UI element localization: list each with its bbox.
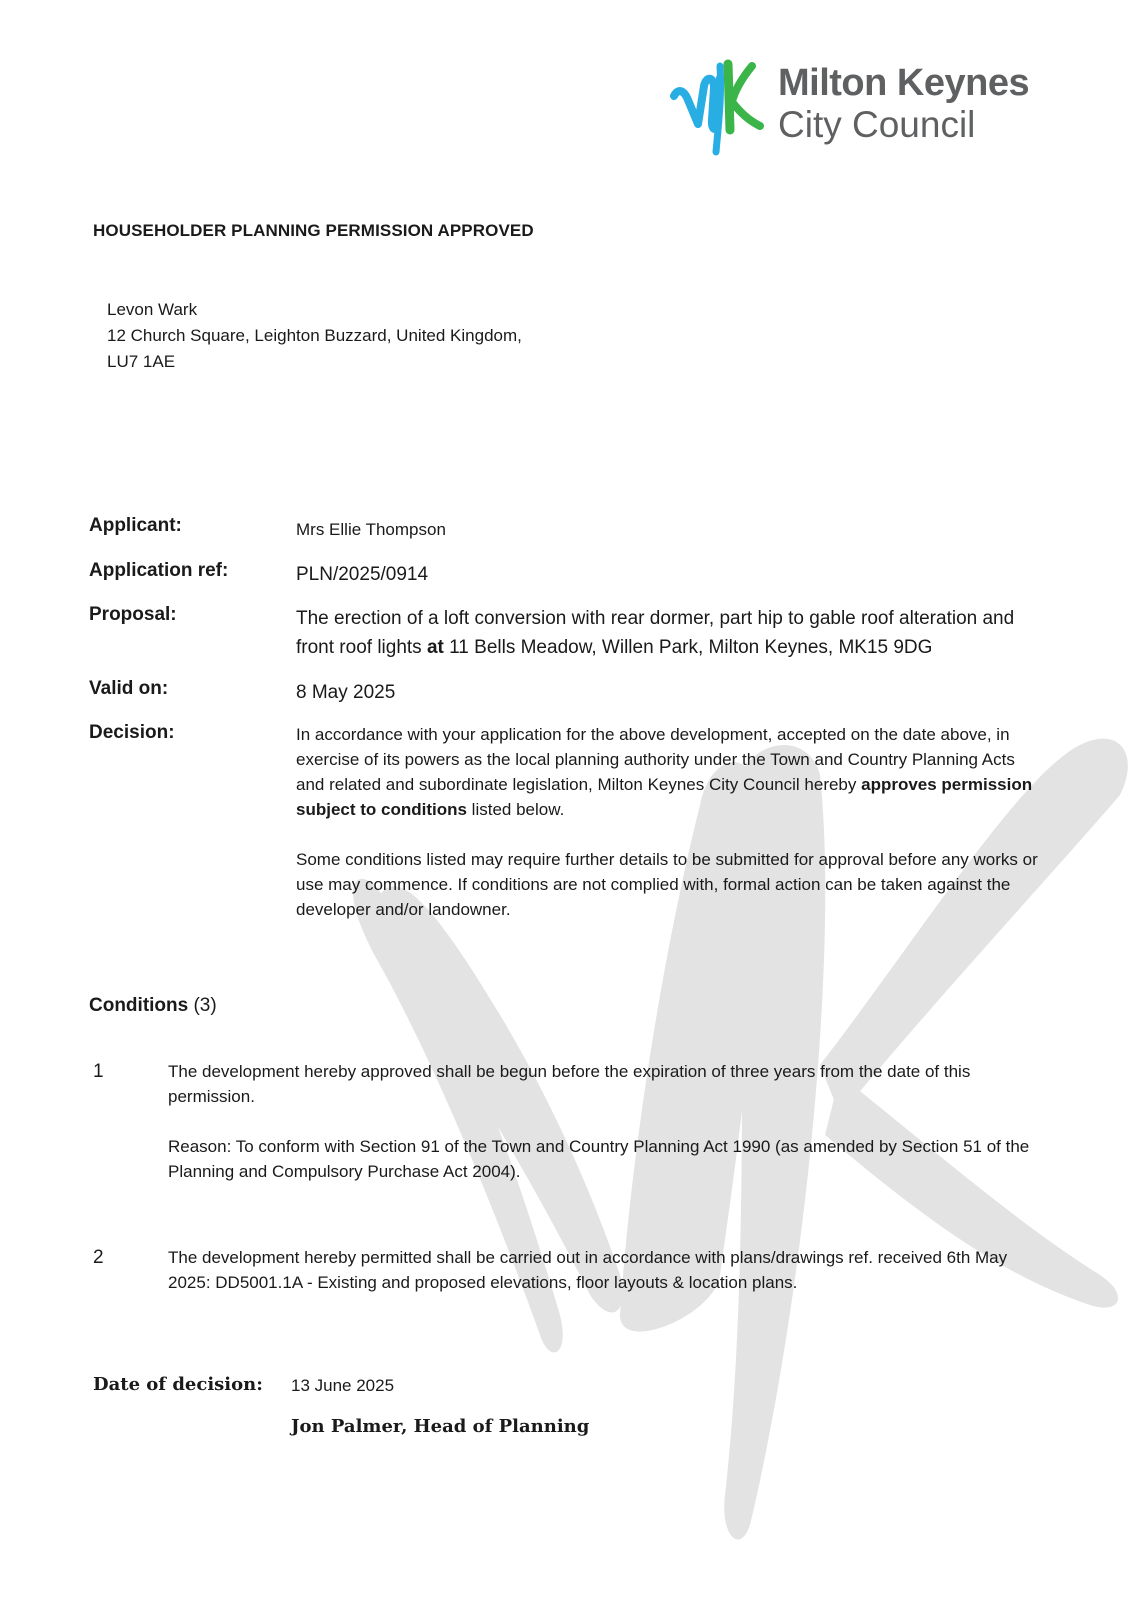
council-logo: Milton Keynes City Council (668, 58, 1058, 158)
condition-text: The development hereby approved shall be… (168, 1059, 1038, 1109)
document-title: HOUSEHOLDER PLANNING PERMISSION APPROVED (93, 221, 534, 241)
logo-text-secondary: City Council (778, 104, 975, 146)
recipient-name: Levon Wark (107, 297, 522, 323)
condition-body: The development hereby permitted shall b… (168, 1245, 1038, 1320)
conditions-heading-label: Conditions (89, 995, 188, 1016)
decision-paragraph-2: Some conditions listed may require furth… (296, 847, 1046, 922)
recipient-address-line: 12 Church Square, Leighton Buzzard, Unit… (107, 323, 522, 349)
application-ref-label: Application ref: (89, 560, 228, 582)
condition-reason: Reason: To conform with Section 91 of th… (168, 1134, 1038, 1184)
decision-value: In accordance with your application for … (296, 722, 1046, 947)
signatory: Jon Palmer, Head of Planning (291, 1416, 589, 1437)
decision-label: Decision: (89, 722, 175, 744)
applicant-value: Mrs Ellie Thompson (296, 517, 1046, 542)
decision-paragraph-1: In accordance with your application for … (296, 722, 1046, 822)
planning-decision-notice: Milton Keynes City Council HOUSEHOLDER P… (0, 0, 1132, 1600)
decision-date-value: 13 June 2025 (291, 1376, 394, 1396)
application-ref-value: PLN/2025/0914 (296, 560, 1046, 589)
proposal-label: Proposal: (89, 604, 177, 626)
conditions-count: (3) (193, 995, 216, 1016)
condition-number: 2 (93, 1245, 104, 1270)
valid-on-value: 8 May 2025 (296, 678, 1046, 707)
conditions-heading: Conditions (3) (89, 995, 217, 1017)
condition-text: The development hereby permitted shall b… (168, 1245, 1038, 1295)
decision-date-label: Date of decision: (93, 1374, 263, 1395)
valid-on-label: Valid on: (89, 678, 168, 700)
proposal-value: The erection of a loft conversion with r… (296, 604, 1046, 662)
recipient-postcode: LU7 1AE (107, 349, 522, 375)
mk-logo-icon (668, 58, 768, 158)
proposal-site-address: 11 Bells Meadow, Willen Park, Milton Key… (444, 637, 933, 658)
applicant-label: Applicant: (89, 515, 182, 537)
proposal-text-bold: at (427, 637, 444, 658)
condition-number: 1 (93, 1059, 104, 1084)
decision-text-end: listed below. (467, 800, 564, 819)
recipient-address: Levon Wark 12 Church Square, Leighton Bu… (107, 297, 522, 375)
condition-body: The development hereby approved shall be… (168, 1059, 1038, 1209)
logo-text-primary: Milton Keynes (778, 62, 1029, 105)
